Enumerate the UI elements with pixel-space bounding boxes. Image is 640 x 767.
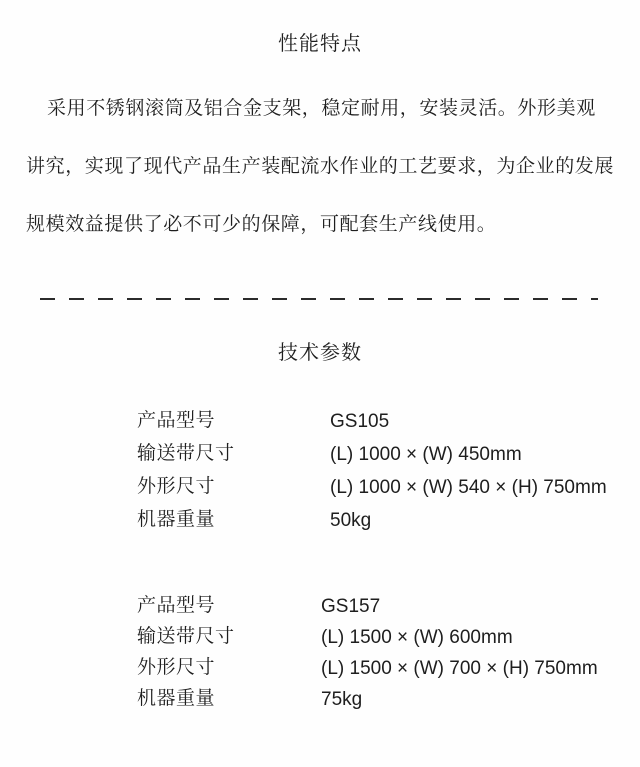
spec-value: (L) 1500 × (W) 700 × (H) 750mm	[321, 657, 598, 681]
features-paragraph-line: 讲究，实现了现代产品生产装配流水作业的工艺要求，为企业的发展	[26, 156, 614, 179]
spec-label: 产品型号	[137, 595, 321, 618]
spec-value: (L) 1000 × (W) 450mm	[330, 443, 522, 467]
features-paragraph-line: 规模效益提供了必不可少的保障，可配套生产线使用。	[26, 214, 496, 237]
product-detail-document: 性能特点 采用不锈钢滚筒及铝合金支架，稳定耐用，安装灵活。外形美观 讲究，实现了…	[0, 0, 640, 767]
spec-row-model: 产品型号 GS157	[137, 595, 598, 626]
spec-row-belt-size: 输送带尺寸 (L) 1500 × (W) 600mm	[137, 626, 598, 657]
spec-table-gs157: 产品型号 GS157 输送带尺寸 (L) 1500 × (W) 600mm 外形…	[137, 595, 598, 719]
spec-label: 外形尺寸	[137, 657, 321, 680]
spec-value: (L) 1500 × (W) 600mm	[321, 626, 513, 650]
features-section-title: 性能特点	[0, 32, 640, 56]
spec-row-model: 产品型号 GS105	[137, 410, 607, 443]
spec-value: 50kg	[330, 509, 371, 533]
spec-label: 外形尺寸	[137, 476, 330, 499]
features-paragraph-line: 采用不锈钢滚筒及铝合金支架，稳定耐用，安装灵活。外形美观	[47, 98, 596, 121]
spec-row-weight: 机器重量 50kg	[137, 509, 607, 542]
dashed-divider	[40, 298, 598, 300]
spec-row-outer-size: 外形尺寸 (L) 1500 × (W) 700 × (H) 750mm	[137, 657, 598, 688]
spec-row-weight: 机器重量 75kg	[137, 688, 598, 719]
spec-label: 机器重量	[137, 509, 330, 532]
spec-value: GS105	[330, 410, 389, 434]
spec-label: 输送带尺寸	[137, 626, 321, 649]
spec-row-outer-size: 外形尺寸 (L) 1000 × (W) 540 × (H) 750mm	[137, 476, 607, 509]
spec-value: GS157	[321, 595, 380, 619]
spec-value: (L) 1000 × (W) 540 × (H) 750mm	[330, 476, 607, 500]
spec-label: 产品型号	[137, 410, 330, 433]
spec-label: 机器重量	[137, 688, 321, 711]
spec-label: 输送带尺寸	[137, 443, 330, 466]
spec-table-gs105: 产品型号 GS105 输送带尺寸 (L) 1000 × (W) 450mm 外形…	[137, 410, 607, 542]
specs-section-title: 技术参数	[0, 341, 640, 365]
spec-row-belt-size: 输送带尺寸 (L) 1000 × (W) 450mm	[137, 443, 607, 476]
spec-value: 75kg	[321, 688, 362, 712]
